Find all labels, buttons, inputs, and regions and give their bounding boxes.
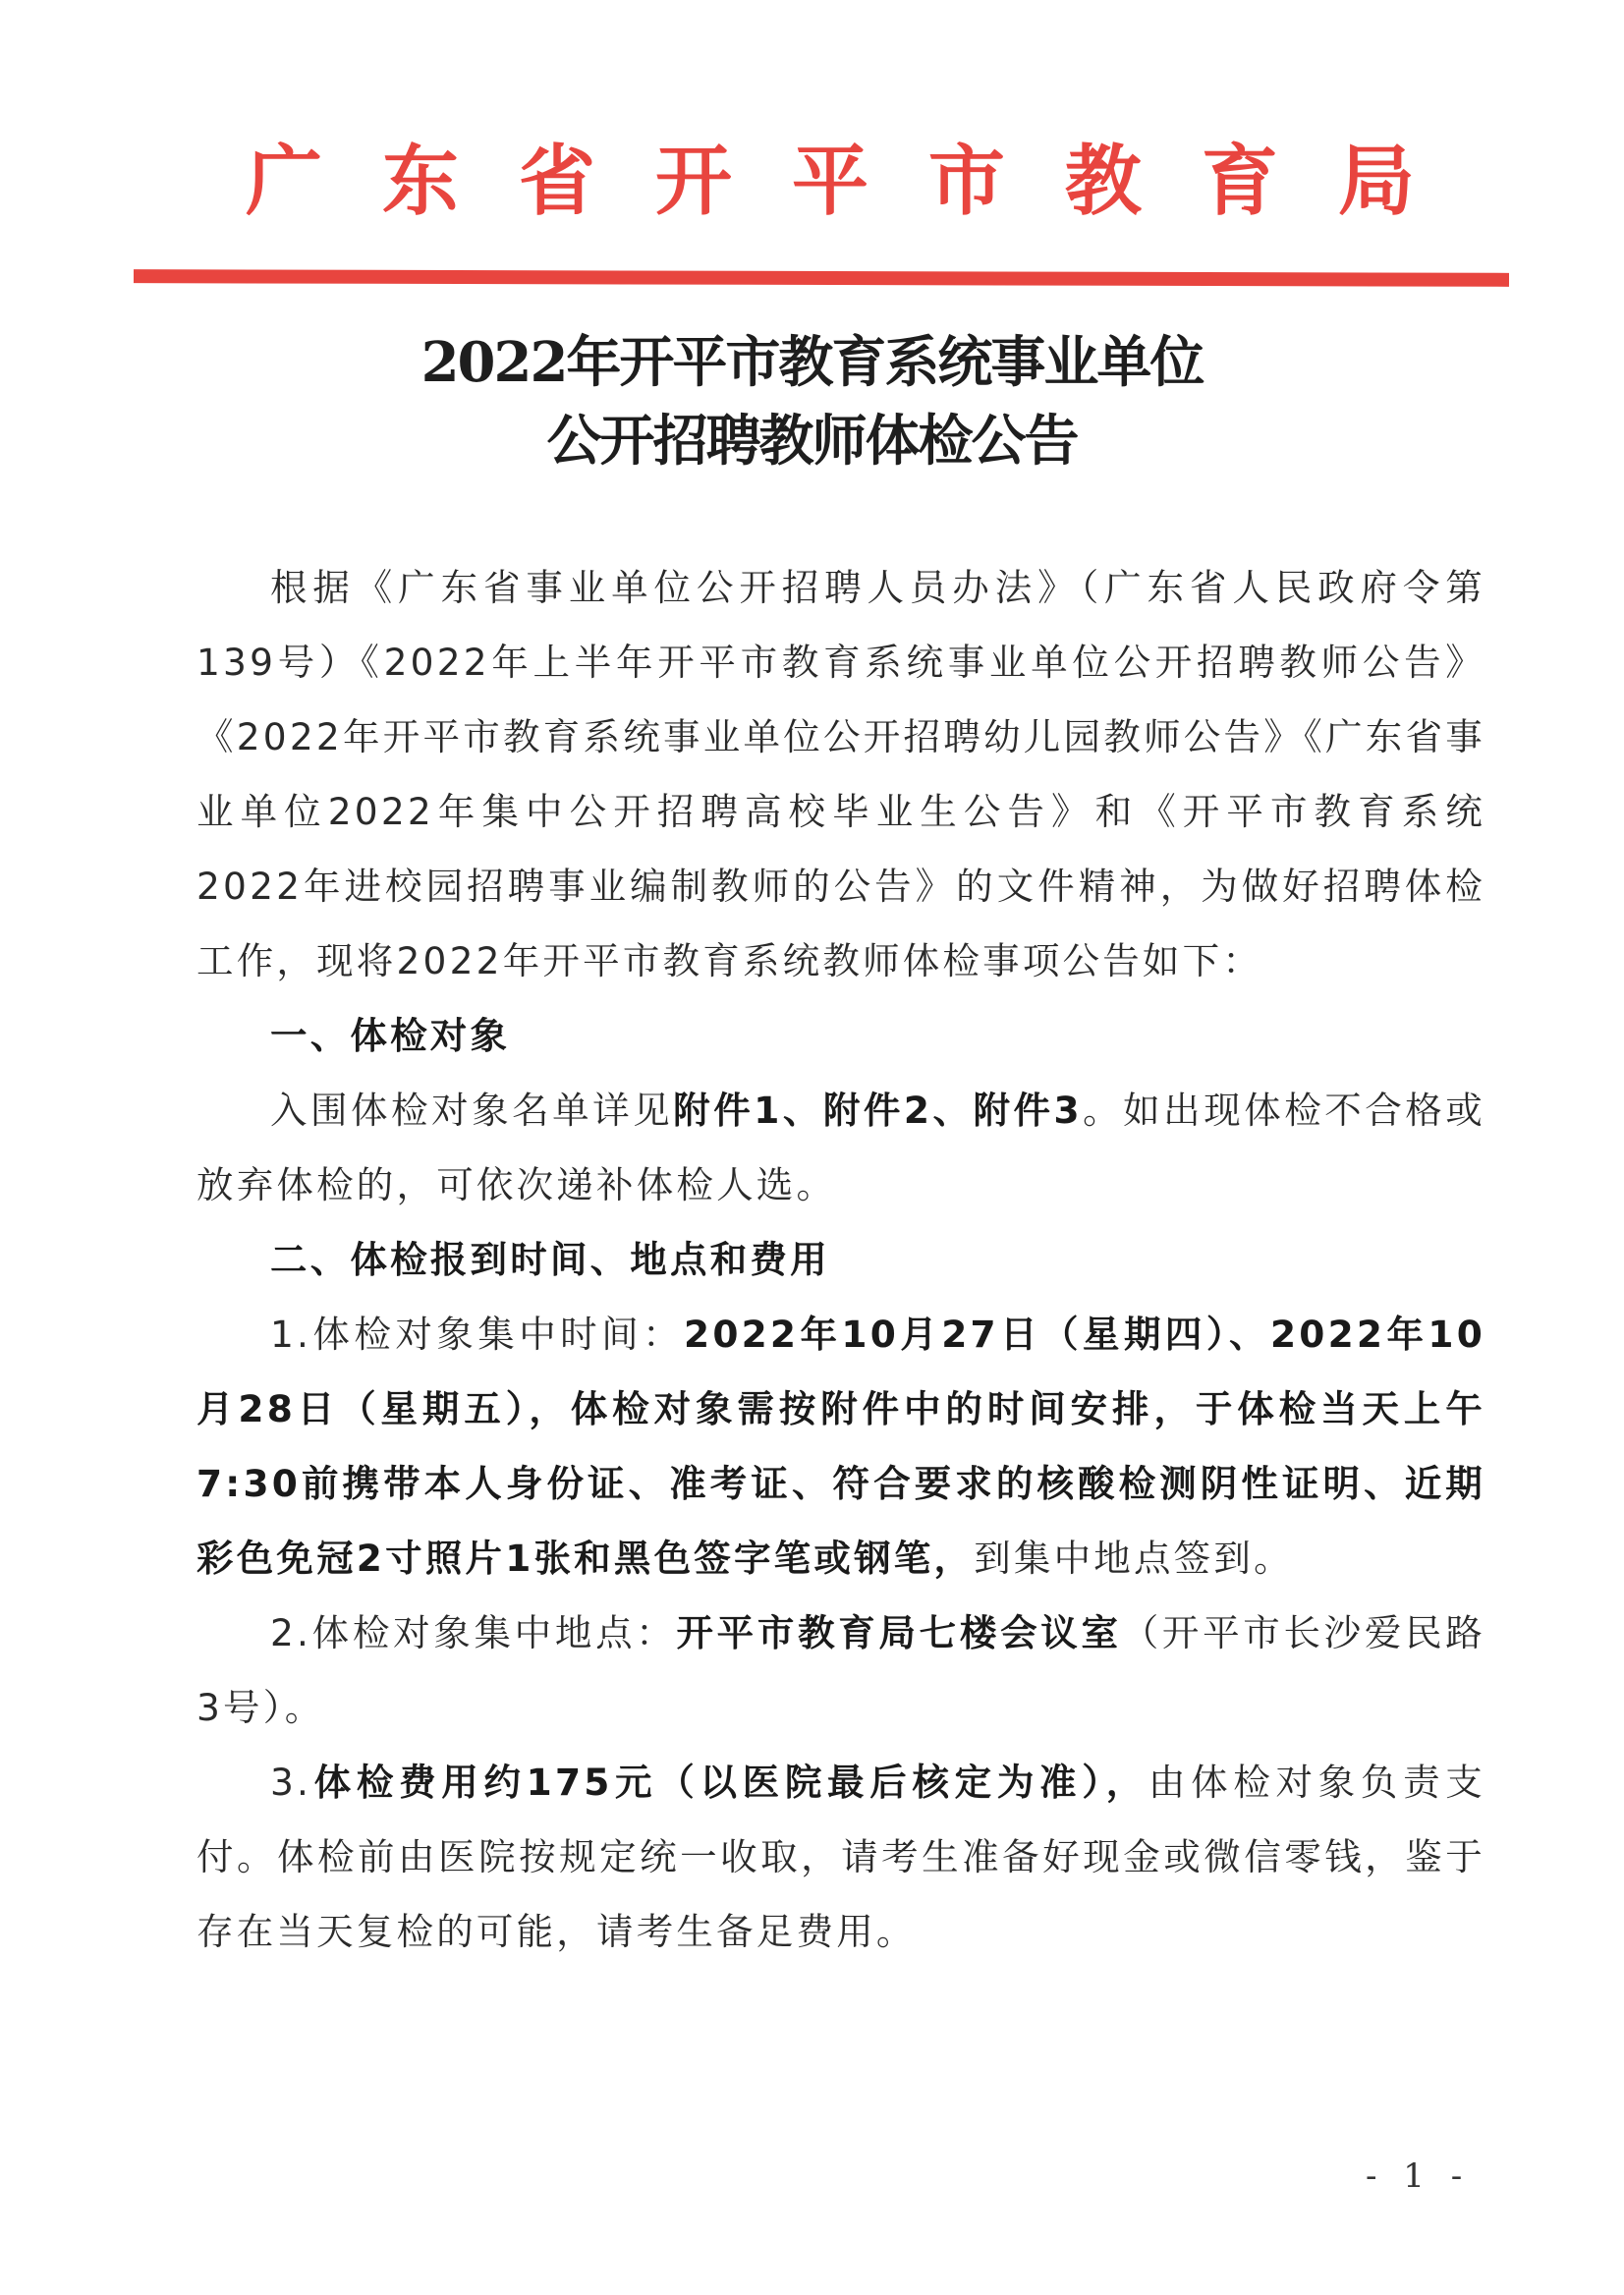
document-title-line-2: 公开招聘教师体检公告 <box>0 398 1624 476</box>
location-name: 开平市教育局七楼会议室 <box>676 1611 1121 1654</box>
issuer-char: 平 <box>792 143 868 220</box>
intro-paragraph: 根据《广东省事业单位公开招聘人员办法》（广东省人民政府令第139号）《2022年… <box>196 550 1485 998</box>
attachments-reference: 附件1、附件2、附件3 <box>673 1089 1083 1132</box>
issuer-char: 教 <box>1065 143 1142 220</box>
item-fee-paragraph: 3.体检费用约175元（以医院最后核定为准），由体检对象负责支付。体检前由医院按… <box>196 1745 1485 1969</box>
text-run: 3. <box>270 1761 311 1804</box>
issuer-char: 市 <box>928 143 1005 220</box>
issuer-char: 局 <box>1338 143 1415 220</box>
document-body: 根据《广东省事业单位公开招聘人员办法》（广东省人民政府令第139号）《2022年… <box>196 550 1485 1969</box>
issuer-char: 育 <box>1202 143 1278 220</box>
item-time-paragraph: 1.体检对象集中时间：2022年10月27日（星期四）、2022年10月28日（… <box>196 1297 1485 1595</box>
red-divider-rule <box>134 269 1509 287</box>
issuer-char: 开 <box>655 143 732 220</box>
document-page: 广 东 省 开 平 市 教 育 局 2022年开平市教育系统事业单位 公开招聘教… <box>0 0 1624 2295</box>
item-location-paragraph: 2.体检对象集中地点：开平市教育局七楼会议室（开平市长沙爱民路3号）。 <box>196 1595 1485 1745</box>
issuer-char: 广 <box>246 143 322 220</box>
issuer-char: 东 <box>382 143 459 220</box>
text-run: 2.体检对象集中地点： <box>270 1611 676 1654</box>
text-run: 1.体检对象集中时间： <box>270 1313 684 1356</box>
text-run: 入围体检对象名单详见 <box>270 1089 673 1132</box>
section-heading-1: 一、体检对象 <box>196 998 1485 1073</box>
issuer-char: 省 <box>519 143 595 220</box>
fee-amount: 体检费用约175元（以医院最后核定为准）， <box>311 1761 1148 1804</box>
issuer-masthead: 广 东 省 开 平 市 教 育 局 <box>246 128 1415 236</box>
page-number: - 1 - <box>1366 2156 1470 2196</box>
section-1-paragraph: 入围体检对象名单详见附件1、附件2、附件3。如出现体检不合格或放弃体检的，可依次… <box>196 1073 1485 1222</box>
document-title-line-1: 2022年开平市教育系统事业单位 <box>0 319 1624 398</box>
text-run: 到集中地点签到。 <box>974 1537 1294 1580</box>
section-heading-2: 二、体检报到时间、地点和费用 <box>196 1222 1485 1297</box>
